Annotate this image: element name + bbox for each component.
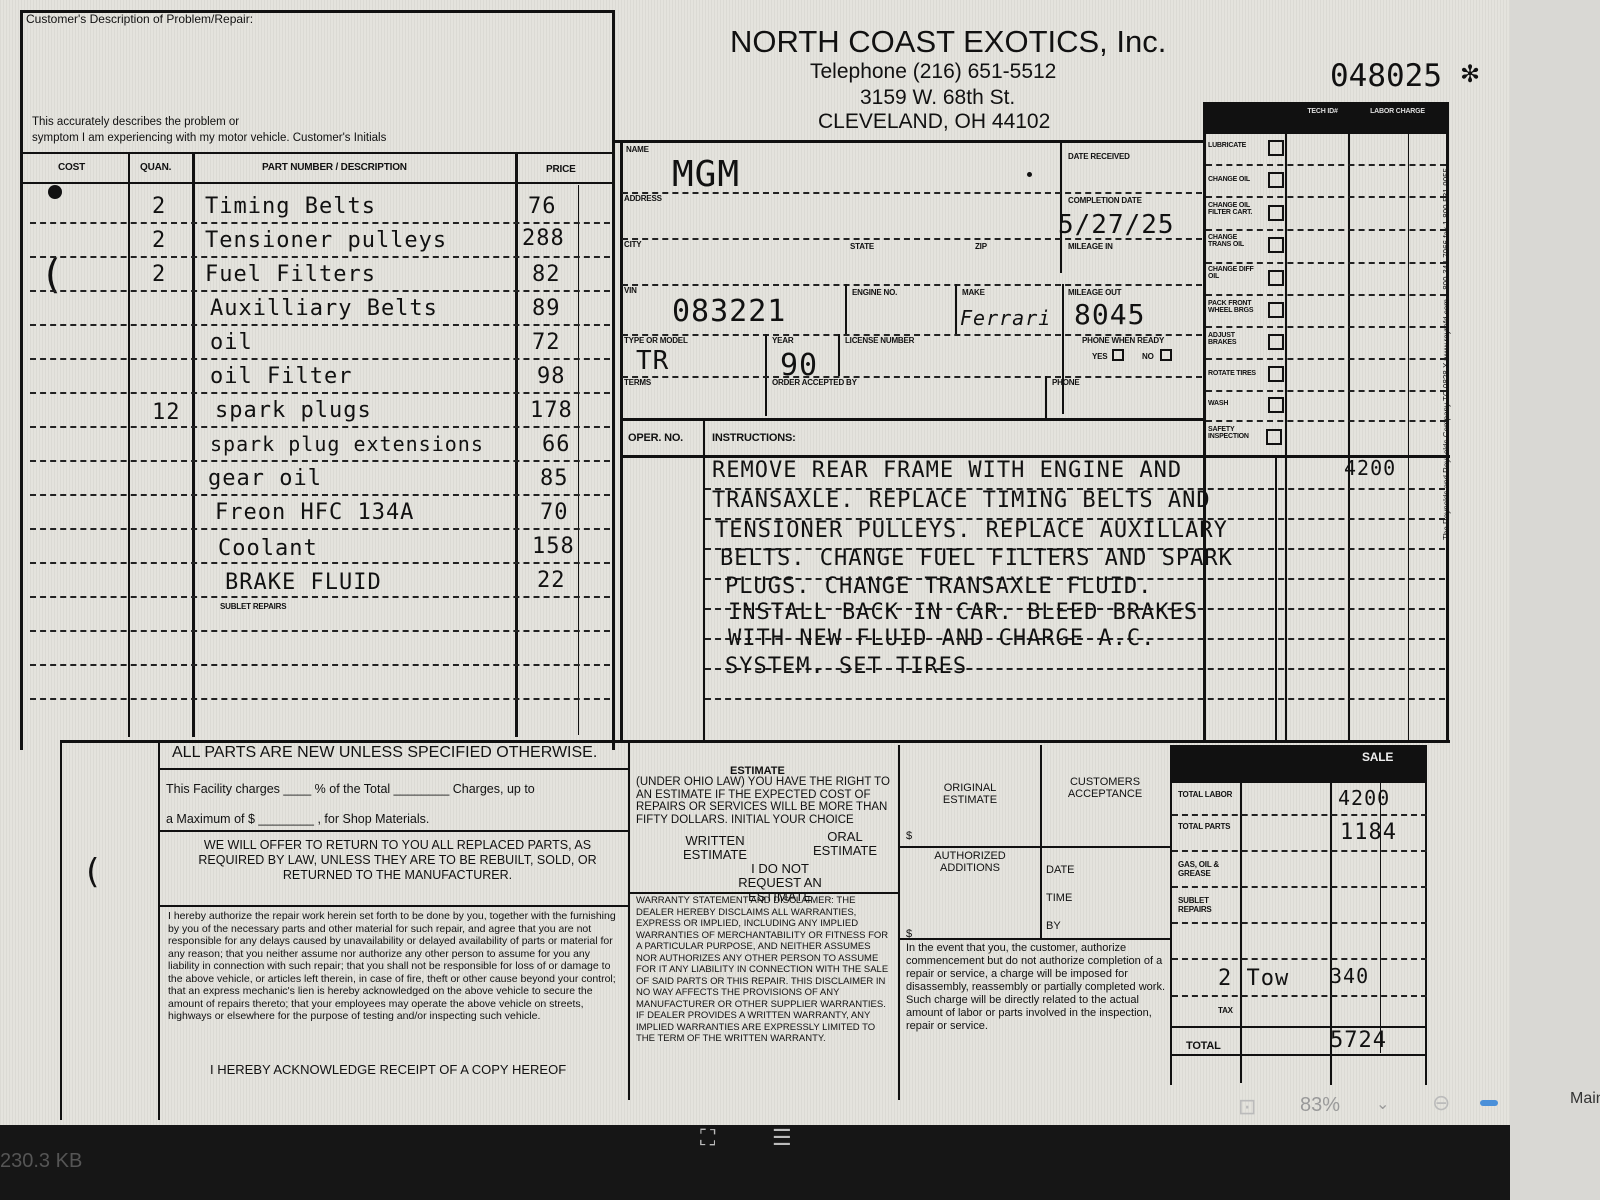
checkbox[interactable] [1266,429,1282,445]
row-price: 70 [540,500,569,525]
engine-label: ENGINE NO. [852,288,897,297]
time-label: TIME [1046,892,1072,904]
vin-label: VIN [624,286,637,295]
state-label: STATE [850,242,874,251]
date-received-label: DATE RECEIVED [1068,152,1130,161]
phone-label: PHONE [1052,378,1079,387]
checkbox[interactable] [1268,140,1284,156]
invoice-number: 048025 [1330,58,1442,94]
row-description: Coolant [218,536,318,561]
col-price: PRICE [546,164,576,175]
terms-label: TERMS [624,378,651,387]
sublet-repairs-label: SUBLET REPAIRS [220,602,286,611]
file-size: 230.3 KB [0,1150,82,1173]
row-description: Freon HFC 134A [215,500,414,525]
instructions-label: INSTRUCTIONS: [712,432,796,444]
authorization-text: I hereby authorize the repair work herei… [168,910,623,1060]
row-description: spark plugs [215,398,372,423]
grand-total-value: 5724 [1330,1028,1387,1053]
company-name: NORTH COAST EXOTICS, Inc. [730,24,1166,60]
total-label: TOTAL [1186,1040,1221,1052]
row-description: Fuel Filters [205,262,376,287]
instruction-line: BELTS. CHANGE FUEL FILTERS AND SPARK [720,546,1233,571]
row-price: 82 [532,262,561,287]
instruction-line: TENSIONER PULLEYS. REPLACE AUXILLARY [715,518,1228,543]
col-quan: QUAN. [140,162,171,173]
checkbox[interactable] [1268,205,1284,221]
side-panel-label: Main [1570,1090,1600,1108]
asterisk-icon: ✻ [1460,60,1480,89]
model-value: TR [636,346,669,376]
acknowledge-receipt: I HEREBY ACKNOWLEDGE RECEIPT OF A COPY H… [210,1062,566,1077]
authorized-additions-label: AUTHORIZED ADDITIONS [920,850,1020,874]
phone-ready-no-checkbox[interactable] [1160,349,1172,361]
row-description: Auxilliary Belts [210,296,438,321]
instruction-line: WITH NEW FLUID AND CHARGE A.C. [728,626,1155,651]
name-label: NAME [626,145,649,154]
image-viewer-toolbar: ⛶ ☰ [0,1125,1510,1200]
facility-charges-line2: a Maximum of $ ________ , for Shop Mater… [166,812,429,826]
zip-label: ZIP [975,242,987,251]
original-estimate-label: ORIGINAL ESTIMATE [920,782,1020,806]
row-description: Timing Belts [205,194,376,219]
model-label: TYPE OR MODEL [624,336,688,345]
row-description: oil [210,330,253,355]
instruction-labor-charge: 4200 [1344,456,1396,480]
total-parts-value: 1184 [1340,820,1397,845]
sale-header: SALE [1362,750,1393,764]
zoom-level[interactable]: 83% [1300,1094,1340,1117]
acknowledge-line-2: symptom I am experiencing with my motor … [32,132,386,144]
acknowledge-line-1: This accurately describes the problem or [32,116,239,128]
col-cost: COST [58,162,85,173]
company-address: 3159 W. 68th St. [860,86,1015,110]
row-description: Tensioner pulleys [205,228,447,253]
row-price: 76 [528,194,557,219]
row-description: spark plug extensions [210,432,484,456]
instruction-line: REMOVE REAR FRAME WITH ENGINE AND [712,458,1182,483]
instruction-line: PLUGS. CHANGE TRANSAXLE FLUID. [725,574,1152,599]
row-description: gear oil [208,466,322,491]
by-label: BY [1046,920,1061,932]
binder-ring-mark: ( [82,852,103,892]
visual-search-icon[interactable]: ⛶ [700,1125,715,1151]
instruction-line: INSTALL BACK IN CAR. BLEED BRAKES [728,600,1198,625]
repair-order-document: Customer's Description of Problem/Repair… [0,0,1510,1125]
checkbox[interactable] [1268,397,1284,413]
tow-description: 2 Tow [1218,966,1289,991]
dollar-sign: $ [906,830,912,842]
row-price: 72 [532,330,561,355]
row-qty: 2 [152,262,166,287]
tech-id-header: TECH ID# [1300,108,1345,115]
labor-charge-header: LABOR CHARGE [1370,108,1425,115]
mileage-out-label: MILEAGE OUT [1068,288,1121,297]
row-qty: 2 [152,194,166,219]
disassembly-notice: In the event that you, the customer, aut… [906,942,1166,1072]
text-extract-icon[interactable]: ☰ [772,1125,792,1151]
chevron-down-icon[interactable]: ⌄ [1376,1094,1389,1114]
address-label: ADDRESS [624,194,662,203]
company-city: CLEVELAND, OH 44102 [818,110,1050,134]
no-label: NO [1142,352,1154,361]
city-label: CITY [624,240,641,249]
customers-acceptance-label: CUSTOMERS ACCEPTANCE [1055,776,1155,800]
checkbox[interactable] [1268,237,1284,253]
return-parts-notice: WE WILL OFFER TO RETURN TO YOU ALL REPLA… [170,838,625,883]
vin-value: 083221 [672,294,786,329]
row-qty: 2 [152,228,166,253]
checkbox[interactable] [1268,334,1284,350]
completion-date: 5/27/25 [1058,210,1175,240]
checkbox[interactable] [1268,172,1284,188]
estimate-body: (UNDER OHIO LAW) YOU HAVE THE RIGHT TO A… [636,776,896,826]
written-estimate-option[interactable]: WRITTEN ESTIMATE [670,834,760,862]
oper-no-label: OPER. NO. [628,432,683,444]
checkbox[interactable] [1268,270,1284,286]
warranty-disclaimer: WARRANTY STATEMENT AND DISCLAIMER: THE D… [636,895,894,1095]
company-telephone: Telephone (216) 651-5512 [810,60,1056,84]
instruction-line: TRANSAXLE. REPLACE TIMING BELTS AND [712,488,1211,513]
completion-date-label: COMPLETION DATE [1068,196,1142,205]
row-price: 98 [537,364,566,389]
customer-name: MGM [672,154,740,195]
side-panel: Main [1510,0,1600,1200]
zoom-slider[interactable] [1480,1100,1498,1106]
row-description: BRAKE FLUID [225,570,382,595]
instruction-line: SYSTEM. SET TIRES [725,654,967,679]
license-label: LICENSE NUMBER [845,336,914,345]
tow-value: 340 [1330,964,1369,988]
make-value: Ferrari [960,306,1051,330]
yes-label: YES [1092,352,1107,361]
hole-punch-mark [48,185,62,199]
row-price: 22 [537,568,566,593]
mileage-in-label: MILEAGE IN [1068,242,1113,251]
order-accepted-label: ORDER ACCEPTED BY [772,378,857,387]
row-price: 158 [532,534,575,559]
zoom-out-icon[interactable]: ⊖ [1432,1090,1450,1116]
phone-ready-yes-checkbox[interactable] [1112,349,1124,361]
make-label: MAKE [962,288,985,297]
row-price: 85 [540,466,569,491]
col-description: PART NUMBER / DESCRIPTION [262,162,407,173]
parts-new-notice: ALL PARTS ARE NEW UNLESS SPECIFIED OTHER… [172,744,597,762]
row-price: 288 [522,226,565,251]
row-description: oil Filter [210,364,352,389]
fit-to-window-icon[interactable]: ⊡ [1238,1094,1256,1120]
oral-estimate-option[interactable]: ORAL ESTIMATE [800,830,890,858]
year-label: YEAR [772,336,793,345]
date-label: DATE [1046,864,1075,876]
phone-ready-label: PHONE WHEN READY [1082,336,1164,345]
customer-desc-label: Customer's Description of Problem/Repair… [26,12,253,26]
row-price: 66 [542,432,571,457]
total-labor-value: 4200 [1338,786,1390,810]
row-price: 178 [530,398,573,423]
row-price: 89 [532,296,561,321]
checkbox[interactable] [1268,366,1284,382]
checkbox[interactable] [1268,302,1284,318]
mileage-out: 8045 [1074,298,1145,331]
row-qty: 12 [152,400,181,425]
facility-charges-line1: This Facility charges ____ % of the Tota… [166,782,535,796]
